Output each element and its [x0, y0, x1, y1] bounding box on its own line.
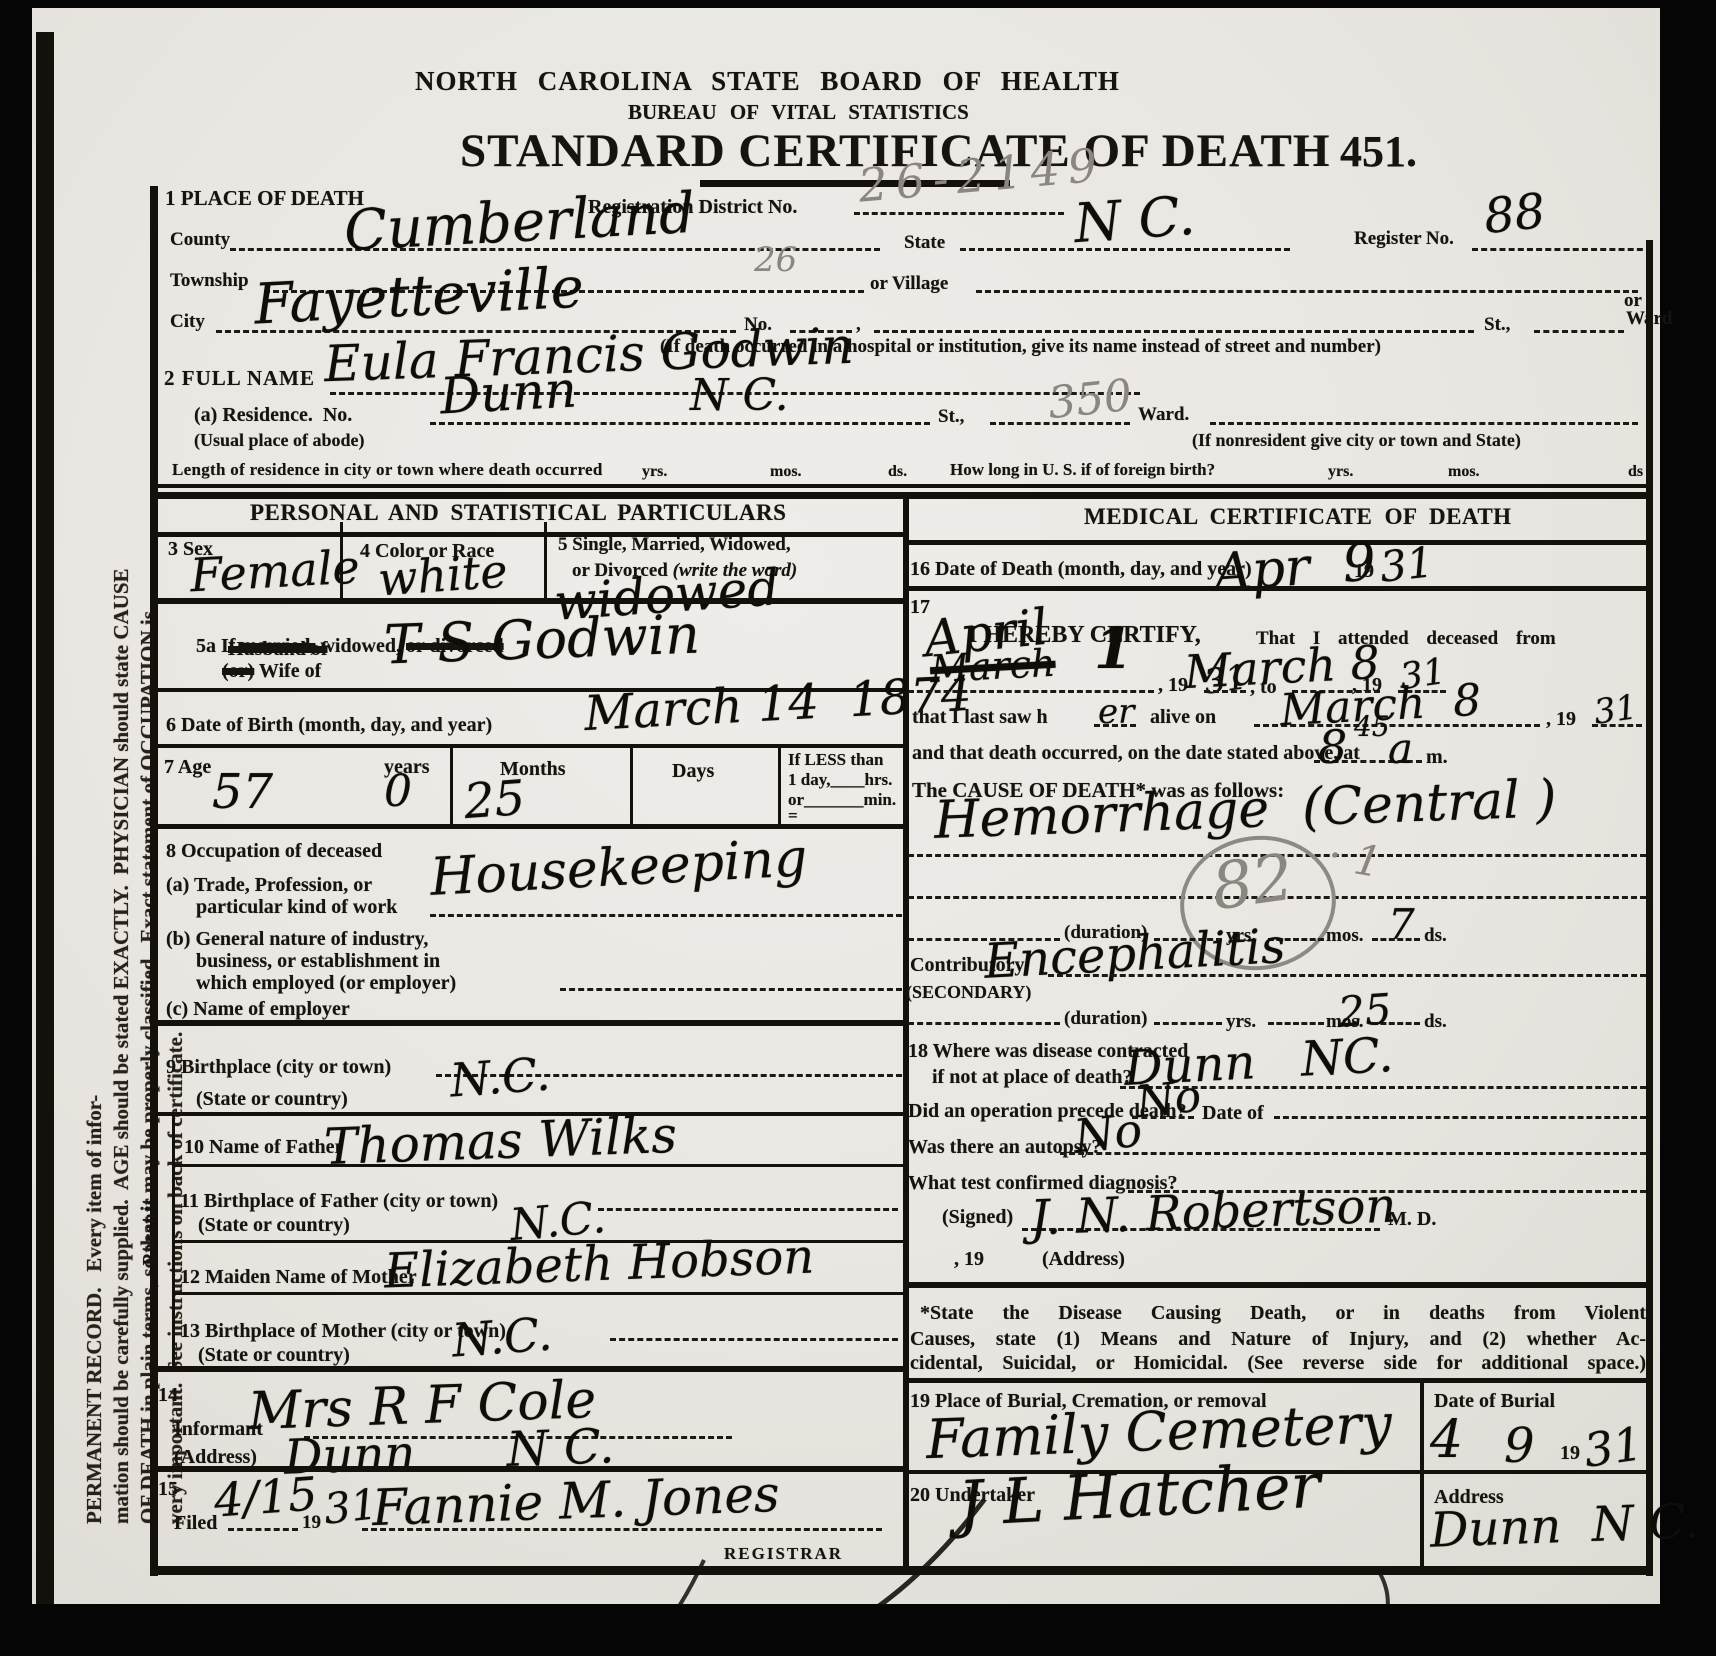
birthplace-value: N.C.: [448, 1047, 552, 1108]
wife-of-label: (or) Wife of: [222, 660, 321, 683]
duration1-ds-value: 7: [1388, 900, 1415, 949]
autopsy-label: Was there an autopsy?: [908, 1136, 1102, 1159]
burial-month-value: 4: [1430, 1410, 1463, 1470]
state-value: N C.: [1072, 184, 1197, 255]
certificate-number: 451.: [1340, 126, 1417, 177]
cell-divider: [340, 522, 343, 600]
mother-name-label: 12 Maiden Name of Mother: [180, 1266, 417, 1289]
undertaker-address-value: Dunn N C.: [1429, 1493, 1700, 1558]
birthplace-sub-label: (State or country): [196, 1088, 348, 1111]
alive-on-label: alive on: [1150, 706, 1216, 729]
occupation-b-line1: (b) General nature of industry,: [166, 928, 428, 951]
or-village-label: or Village: [870, 273, 948, 295]
year3-prefix: , 19: [1546, 708, 1576, 731]
scanned-death-certificate: PERMANENT RECORD. Every item of infor- m…: [0, 0, 1716, 1656]
attended-from-struck: March: [929, 641, 1057, 692]
rule: [150, 1020, 905, 1026]
parents-group-label: Parents: [139, 1197, 161, 1266]
dotted-line: [430, 914, 902, 917]
margin-line: mation should be carefully supplied. AGE…: [108, 94, 135, 1524]
death-time-a: a: [1388, 724, 1413, 773]
sex-value: Female: [189, 540, 361, 603]
dotted-line: [1048, 974, 1646, 977]
date-of-death-value: Apr 9: [1212, 532, 1378, 603]
margin-line: very important. See instructions on back…: [162, 94, 189, 1524]
yrs-label: yrs.: [642, 463, 667, 481]
if-less-line1: If LESS than: [788, 750, 883, 770]
dotted-line: [1154, 1022, 1222, 1025]
wife-of-value: T S Godwin: [383, 603, 701, 677]
mother-birthplace-sub: (State or country): [198, 1344, 350, 1367]
address-label: (Address): [1042, 1248, 1125, 1271]
marital-label-1: 5 Single, Married, Widowed,: [558, 534, 791, 556]
operation-value: No: [1134, 1071, 1204, 1129]
rule: [172, 1164, 905, 1167]
burial-cell-divider: [1420, 1378, 1424, 1574]
rule: [150, 598, 905, 604]
column-divider: [903, 499, 909, 1571]
rule: [905, 1282, 1652, 1288]
footnote-line1: *State the Disease Causing Death, or in …: [920, 1302, 1646, 1325]
address-19-label: , 19: [954, 1248, 984, 1271]
days-label: Days: [672, 760, 714, 783]
personal-section-header: PERSONAL AND STATISTICAL PARTICULARS: [250, 500, 786, 526]
cell-divider: [630, 748, 633, 824]
or-struck: (or): [222, 660, 254, 682]
city-value: Fayetteville: [253, 255, 586, 337]
residence-state-value: N C.: [690, 370, 789, 421]
father-birthplace-sub: (State or country): [198, 1214, 350, 1237]
footnote-line3: cidental, Suicidal, or Homicidal. (See r…: [910, 1352, 1646, 1375]
dob-label: 6 Date of Birth (month, day, and year): [166, 714, 492, 737]
rule: [150, 1366, 905, 1372]
burial-year-value: 31: [1581, 1416, 1646, 1478]
occupation-c-label: (c) Name of employer: [166, 998, 350, 1021]
dotted-line: [908, 1022, 1060, 1025]
medical-section-header: MEDICAL CERTIFICATE OF DEATH: [1084, 504, 1512, 530]
residence-pencil: 350: [1046, 370, 1135, 429]
md-label: M. D.: [1388, 1208, 1436, 1231]
duration2-yrs: yrs.: [1226, 1011, 1256, 1033]
occupation-label: 8 Occupation of deceased: [166, 840, 382, 863]
secondary-label: (SECONDARY): [906, 982, 1031, 1003]
physician-signature: J. N. Robertson: [1029, 1178, 1397, 1247]
mos-label: mos.: [770, 463, 802, 481]
contributory-value: Encephalitis: [983, 918, 1287, 990]
if-less-line2: 1 day,____hrs.: [788, 770, 892, 790]
bureau-title: BUREAU OF VITAL STATISTICS: [628, 100, 969, 125]
residence-label: (a) Residence. No.: [194, 404, 352, 427]
dotted-line: [1534, 330, 1624, 333]
dotted-line: [854, 212, 1064, 215]
death-time-hour: 8: [1318, 720, 1347, 774]
margin-line: PERMANENT RECORD. Every item of infor-: [81, 94, 108, 1524]
informant-number: 14: [158, 1384, 178, 1407]
dotted-line: [976, 290, 1638, 293]
register-no-value: 88: [1481, 183, 1548, 245]
pencil-code-extra: · 1: [1324, 830, 1385, 888]
state-label: State: [904, 232, 945, 254]
father-name-label: 10 Name of Father: [184, 1136, 343, 1159]
township-label: Township: [170, 270, 249, 292]
rule: [905, 586, 1652, 591]
rule: [905, 1378, 1652, 1383]
dotted-line: [1132, 1116, 1194, 1119]
occupation-a-value: Housekeeping: [429, 828, 809, 908]
dotted-line: [1094, 724, 1136, 727]
township-pencil: 26: [754, 240, 797, 280]
dotted-line: [610, 1338, 898, 1341]
burial-day-value: 9: [1504, 1418, 1535, 1474]
scan-edge-bar: [36, 32, 54, 1604]
margin-instructions: PERMANENT RECORD. Every item of infor- m…: [81, 94, 193, 1524]
dotted-line: [1268, 1022, 1324, 1025]
dotted-line: [1592, 724, 1642, 727]
abode-note: (Usual place of abode): [194, 430, 365, 451]
age-months-value: 0: [384, 766, 412, 817]
burial-year-prefix: 19: [1560, 1442, 1580, 1465]
comma-label: ,: [856, 314, 861, 336]
dotted-line: [598, 1208, 898, 1211]
occupation-b-line3: which employed (or employer): [196, 972, 456, 995]
signed-label: (Signed): [942, 1206, 1013, 1229]
cell-divider: [544, 522, 547, 600]
date-of-death-label: 16 Date of Death (month, day, and year): [910, 558, 1252, 581]
cell-divider: [778, 748, 781, 824]
dotted-line: [228, 1528, 298, 1531]
footnote-line2: Causes, state (1) Means and Nature of In…: [910, 1328, 1646, 1351]
death-time-min: 45: [1354, 710, 1390, 743]
bottom-border: [150, 1566, 1652, 1575]
occupation-a-line1: (a) Trade, Profession, or: [166, 874, 372, 897]
right-border: [1646, 240, 1653, 1576]
rule: [150, 744, 905, 748]
date-of-label: Date of: [1202, 1102, 1264, 1125]
duration2-label: (duration): [1064, 1008, 1147, 1030]
rule: [172, 1292, 905, 1295]
duration2-ds: ds.: [1424, 1011, 1447, 1033]
last-saw-label: that I last saw h: [912, 706, 1048, 729]
foreign-birth-label: How long in U. S. if of foreign birth?: [950, 460, 1215, 480]
rule: [150, 484, 1652, 488]
rule: [150, 532, 905, 537]
mos-label: mos.: [1448, 463, 1480, 481]
cell-divider: [450, 748, 453, 824]
dod-year-value: 31: [1378, 537, 1436, 591]
length-residence-label: Length of residence in city or town wher…: [172, 460, 603, 480]
registrar-label: REGISTRAR: [724, 1544, 843, 1564]
city-label: City: [170, 311, 205, 333]
rule: [150, 492, 1652, 499]
dotted-line: [1472, 248, 1652, 251]
ds-label: ds.: [888, 463, 907, 481]
dotted-line: [874, 330, 1474, 333]
if-less-line3: or_______min.: [788, 790, 896, 810]
dotted-line: [1274, 1116, 1646, 1119]
race-value: white: [376, 544, 509, 607]
duration1-mos: mos.: [1326, 925, 1363, 947]
filed-number: 15: [158, 1478, 178, 1501]
ds-label: ds: [1628, 463, 1643, 481]
age-years-value: 57: [212, 764, 273, 820]
dotted-line: [1210, 422, 1638, 425]
place-of-death-label: 1 PLACE OF DEATH: [165, 186, 364, 211]
if-less-equals: =: [788, 806, 798, 826]
st-label: St.,: [1484, 314, 1510, 336]
paper-sheet: PERMANENT RECORD. Every item of infor- m…: [32, 8, 1660, 1604]
register-no-label: Register No.: [1354, 228, 1454, 250]
birthplace-label: 9 Birthplace (city or town): [166, 1056, 391, 1079]
filed-label: Filed: [174, 1512, 217, 1535]
board-title: NORTH CAROLINA STATE BOARD OF HEALTH: [415, 66, 1120, 97]
occupation-a-line2: particular kind of work: [196, 896, 397, 919]
full-name-label: 2 FULL NAME: [164, 366, 315, 391]
dotted-line: [560, 988, 902, 991]
disease-contracted-label2: if not at place of death?: [932, 1066, 1133, 1089]
father-birthplace-label: 11 Birthplace of Father (city or town): [180, 1190, 498, 1213]
age-label: 7 Age: [164, 756, 211, 779]
age-days-value: 25: [462, 770, 527, 830]
ward2-label: Ward.: [1138, 404, 1189, 426]
dotted-line: [430, 422, 930, 425]
county-label: County: [170, 229, 230, 251]
residence-value: Dunn: [439, 360, 579, 425]
attended-from-day: 1: [1094, 616, 1133, 682]
mother-birthplace-value: N.C.: [450, 1307, 554, 1368]
pencil-code-value: 82: [1207, 841, 1298, 926]
dotted-line: [1060, 1152, 1646, 1155]
duration1-ds: ds.: [1424, 925, 1447, 947]
m-label: m.: [1426, 746, 1448, 769]
yrs-label: yrs.: [1328, 463, 1353, 481]
dob-value: March 14 1874: [583, 666, 973, 742]
residence-st-label: St.,: [938, 406, 964, 428]
husband-of-struck: Husband of: [228, 638, 328, 661]
county-value: Cumberland: [343, 181, 697, 264]
nonresident-note: (If nonresident give city or town and St…: [1192, 430, 1521, 451]
filed-year-prefix: 19: [302, 1512, 321, 1534]
dod-year-prefix: 19: [1354, 560, 1374, 583]
occupation-b-line2: business, or establishment in: [196, 950, 440, 973]
death-occurred-label: and that death occurred, on the date sta…: [912, 742, 1360, 765]
